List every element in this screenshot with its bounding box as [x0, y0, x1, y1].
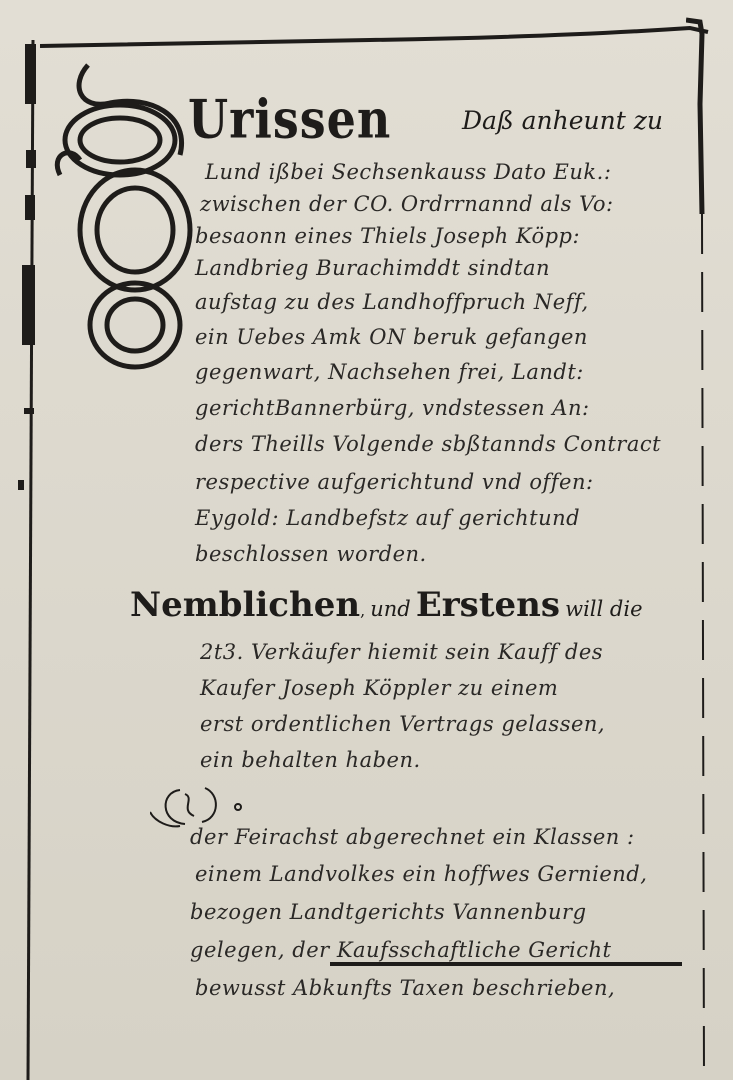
text-line: aufstag zu des Landhoffpruch Neff, [195, 290, 589, 314]
heading-continuation: Daß anheunt zu [462, 106, 663, 135]
text-line: 2t3. Verkäufer hiemit sein Kauff des [200, 640, 603, 664]
text-line: gerichtBannerbürg, vndstessen An: [195, 396, 590, 420]
text-line: Lund ißbei Sechsenkauss Dato Euk.: [205, 160, 611, 184]
frame-border-left-ornamented [18, 40, 40, 1080]
text-line: ein behalten haben. [200, 748, 421, 772]
text-line: einem Landvolkes ein hoffwes Gerniend, [195, 862, 647, 886]
text-line: gegenwart, Nachsehen frei, Landt: [195, 360, 584, 384]
section-tail: will die [565, 597, 642, 621]
text-line: bezogen Landtgerichts Vannenburg [190, 900, 587, 924]
frame-border-right [686, 14, 710, 1080]
text-line: respective aufgerichtund vnd offen: [195, 470, 594, 494]
text-line: erst ordentlichen Vertrags gelassen, [200, 712, 605, 736]
ornamental-initial-d [50, 55, 200, 375]
section-initial: N [130, 585, 161, 625]
text-line: besaonn eines Thiels Joseph Köpp: [195, 224, 580, 248]
heading-word: Urissen [188, 88, 391, 150]
frame-border-top [40, 18, 710, 54]
section-word-1: emblichen [161, 585, 360, 625]
text-line: Landbrieg Burachimddt sindtan [195, 256, 550, 280]
section-heading: Nemblichen, und Erstens will die [130, 585, 643, 625]
text-line: ders Theills Volgende sbßtannds Contract [195, 432, 661, 456]
text-line: zwischen der CO. Ordrrnannd als Vo: [200, 192, 614, 216]
text-line: gelegen, der Kaufsschaftliche Gericht [190, 938, 611, 962]
text-line: Kaufer Joseph Köppler zu einem [200, 676, 558, 700]
section-connector: und [370, 597, 411, 621]
text-line: ein Uebes Amk ON beruk gefangen [195, 325, 588, 349]
text-line: der Feirachst abgerechnet ein Klassen : [190, 825, 635, 849]
text-line: Eygold: Landbefstz auf gerichtund [195, 506, 580, 530]
document-page: Urissen Daß anheunt zu Lund ißbei Sechse… [0, 0, 733, 1080]
text-line: bewusst Abkunfts Taxen beschrieben, [195, 976, 615, 1000]
section-word-2: Erstens [416, 585, 560, 625]
text-line: beschlossen worden. [195, 542, 427, 566]
underline-stroke [330, 962, 682, 966]
